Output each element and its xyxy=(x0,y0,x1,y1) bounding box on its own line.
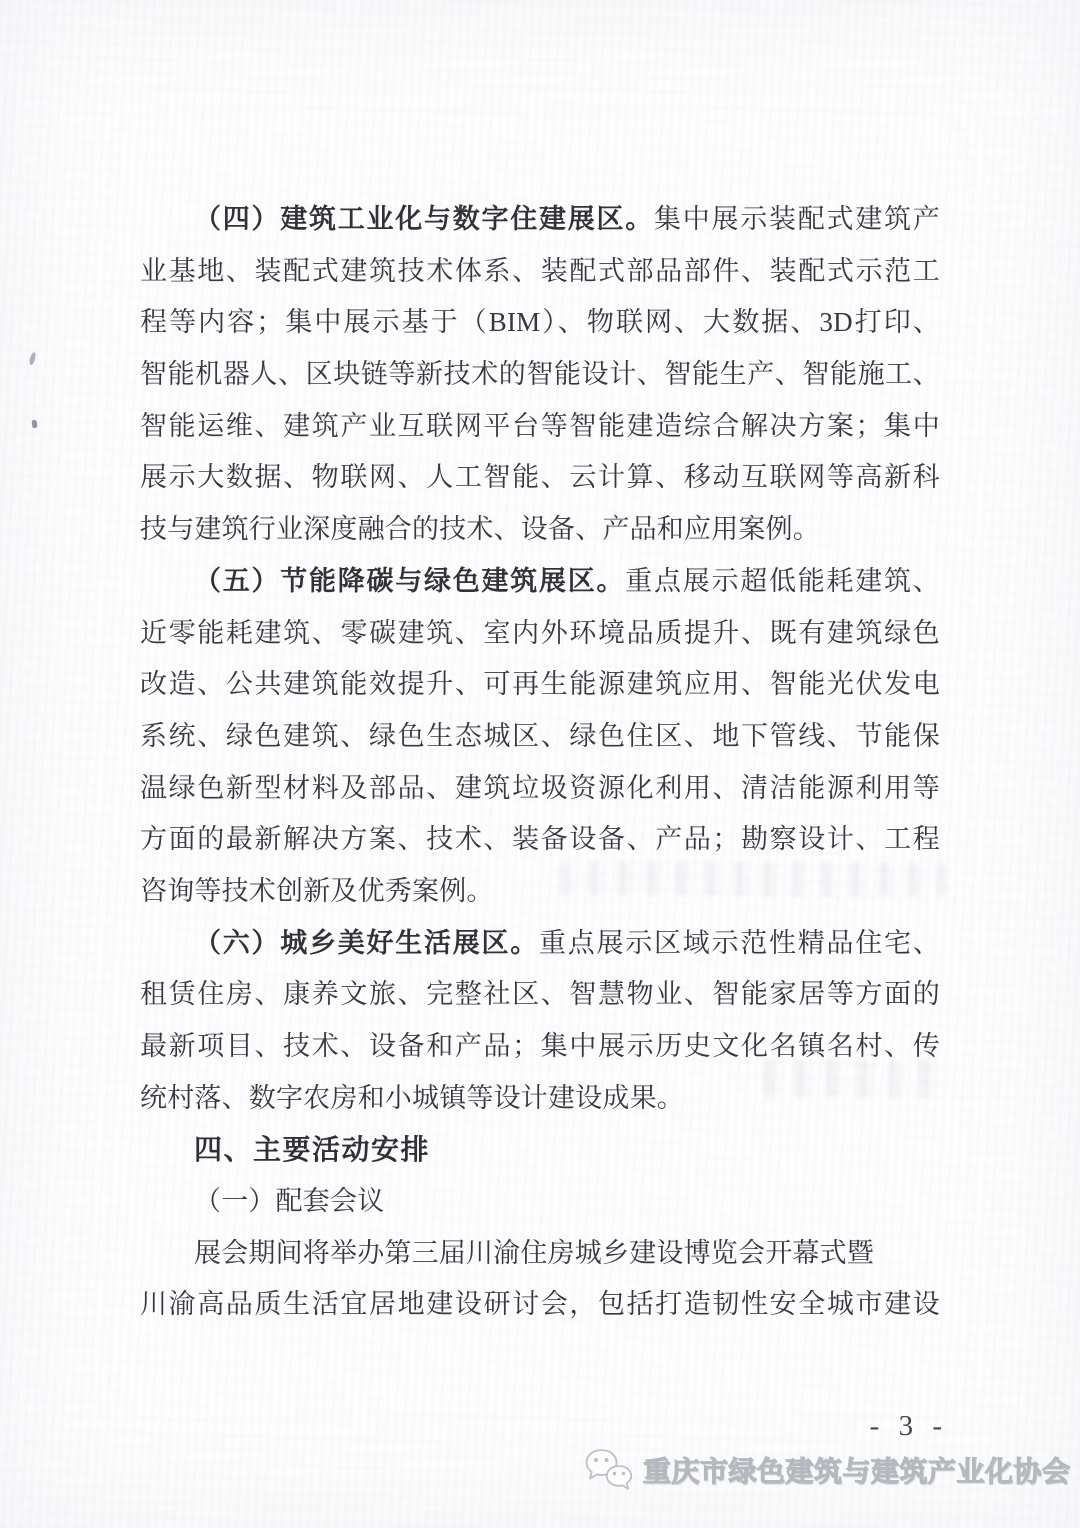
wechat-icon xyxy=(584,1446,634,1494)
text-line: 方面的最新解决方案、技术、装备设备、产品；勘察设计、工程 xyxy=(140,814,940,866)
text-line: 咨询等技术创新及优秀案例。 xyxy=(140,866,940,918)
watermark: 重庆市绿色建筑与建筑产业化协会 xyxy=(584,1446,1071,1494)
document-body: （四）建筑工业化与数字住建展区。集中展示装配式建筑产业基地、装配式建筑技术体系、… xyxy=(140,194,940,1331)
text-line: （五）节能降碳与绿色建筑展区。重点展示超低能耗建筑、 xyxy=(140,556,940,608)
scan-speck xyxy=(32,420,38,429)
text-line: 业基地、装配式建筑技术体系、装配式部品部件、装配式示范工 xyxy=(140,246,940,298)
text-line: 智能运维、建筑产业互联网平台等智能建造综合解决方案；集中 xyxy=(140,401,940,453)
text-line: 改造、公共建筑能效提升、可再生能源建筑应用、智能光伏发电 xyxy=(140,659,940,711)
text-line: 租赁住房、康养文旅、完整社区、智慧物业、智能家居等方面的 xyxy=(140,969,940,1021)
watermark-text: 重庆市绿色建筑与建筑产业化协会 xyxy=(643,1450,1071,1490)
text-line: 程等内容；集中展示基于（BIM）、物联网、大数据、3D打印、 xyxy=(140,297,940,349)
text-line: 技与建筑行业深度融合的技术、设备、产品和应用案例。 xyxy=(140,504,940,556)
text-line: 智能机器人、区块链等新技术的智能设计、智能生产、智能施工、 xyxy=(140,349,940,401)
section-heading: 四、主要活动安排 xyxy=(140,1124,940,1176)
scan-speck xyxy=(29,352,37,366)
text-line: 川渝高品质生活宜居地建设研讨会，包括打造韧性安全城市建设 xyxy=(140,1279,940,1331)
text-line: 统村落、数字农房和小城镇等设计建设成果。 xyxy=(140,1073,940,1125)
text-line: 系统、绿色建筑、绿色生态城区、绿色住区、地下管线、节能保 xyxy=(140,711,940,763)
text-line: （四）建筑工业化与数字住建展区。集中展示装配式建筑产 xyxy=(140,194,940,246)
document-page: （四）建筑工业化与数字住建展区。集中展示装配式建筑产业基地、装配式建筑技术体系、… xyxy=(0,0,1080,1528)
text-line: 温绿色新型材料及部品、建筑垃圾资源化利用、清洁能源利用等 xyxy=(140,763,940,815)
text-line: （一）配套会议 xyxy=(140,1176,940,1228)
text-line: 最新项目、技术、设备和产品；集中展示历史文化名镇名村、传 xyxy=(140,1021,940,1073)
page-number: - 3 - xyxy=(870,1410,948,1443)
text-line: （六）城乡美好生活展区。重点展示区域示范性精品住宅、 xyxy=(140,918,940,970)
text-line: 展示大数据、物联网、人工智能、云计算、移动互联网等高新科 xyxy=(140,452,940,504)
text-line: 展会期间将举办第三届川渝住房城乡建设博览会开幕式暨 xyxy=(140,1228,940,1280)
text-line: 近零能耗建筑、零碳建筑、室内外环境品质提升、既有建筑绿色 xyxy=(140,608,940,660)
